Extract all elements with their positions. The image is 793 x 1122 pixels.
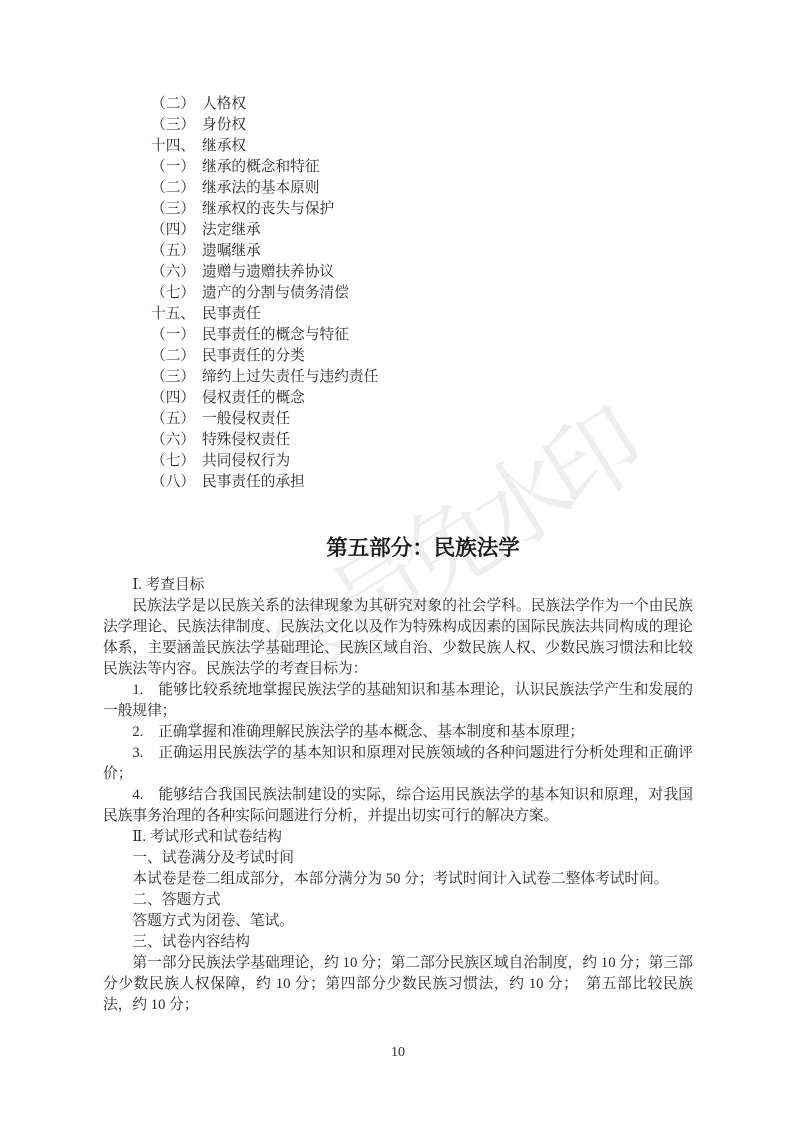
page-number: 10 bbox=[103, 1042, 693, 1063]
toc-item: （四）法定继承 bbox=[151, 220, 693, 241]
toc-item-label: 法定继承 bbox=[202, 220, 261, 241]
toc-item-marker: （三） bbox=[151, 115, 202, 136]
toc-item: （六）特殊侵权责任 bbox=[151, 430, 693, 451]
toc-item-marker: （三） bbox=[151, 199, 202, 220]
toc-item-marker: （五） bbox=[151, 241, 202, 262]
toc-item: （一）民事责任的概念与特征 bbox=[151, 325, 693, 346]
paragraph-para: 本试卷是卷二组成部分，本部分满分为 50 分；考试时间计入试卷二整体考试时间。 bbox=[103, 869, 693, 890]
page-content: （二）人格权（三）身份权十四、继承权（一）继承的概念和特征（二）继承法的基本原则… bbox=[103, 94, 693, 1063]
toc-item-label: 遗赠与遗赠扶养协议 bbox=[202, 262, 334, 283]
toc-item-label: 民事责任的分类 bbox=[202, 346, 305, 367]
section-title: 第五部分：民族法学 bbox=[103, 535, 693, 561]
toc-item: （七）共同侵权行为 bbox=[151, 451, 693, 472]
toc-item: （六）遗赠与遗赠扶养协议 bbox=[151, 262, 693, 283]
toc-item: （二）人格权 bbox=[151, 94, 693, 115]
document-page: 会员免水印 （二）人格权（三）身份权十四、继承权（一）继承的概念和特征（二）继承… bbox=[0, 0, 793, 1122]
toc-item-label: 缔约上过失责任与违约责任 bbox=[202, 367, 378, 388]
toc-item-label: 身份权 bbox=[202, 115, 246, 136]
toc-item-label: 继承权 bbox=[202, 136, 246, 157]
toc-item-marker: （六） bbox=[151, 262, 202, 283]
toc-item: （三）继承权的丧失与保护 bbox=[151, 199, 693, 220]
toc-item: （五）一般侵权责任 bbox=[151, 409, 693, 430]
paragraph-subhead: Ⅱ. 考试形式和试卷结构 bbox=[103, 827, 693, 848]
toc-item: （五）遗嘱继承 bbox=[151, 241, 693, 262]
toc-item-marker: （五） bbox=[151, 409, 202, 430]
toc-item-label: 民事责任 bbox=[202, 304, 261, 325]
toc-item-marker: 十五、 bbox=[151, 304, 202, 325]
paragraph-numbered: 2. 正确掌握和准确理解民族法学的基本概念、基本制度和基本原理； bbox=[103, 722, 693, 743]
toc-item: （二）民事责任的分类 bbox=[151, 346, 693, 367]
paragraph-numbered: 4. 能够结合我国民族法制建设的实际，综合运用民族法学的基本知识和原理，对我国民… bbox=[103, 785, 693, 827]
toc-item-marker: （二） bbox=[151, 94, 202, 115]
toc-item-marker: （八） bbox=[151, 472, 202, 493]
toc-item-marker: （七） bbox=[151, 283, 202, 304]
toc-item-label: 继承的概念和特征 bbox=[202, 157, 320, 178]
toc-item: （三）缔约上过失责任与违约责任 bbox=[151, 367, 693, 388]
toc-list: （二）人格权（三）身份权十四、继承权（一）继承的概念和特征（二）继承法的基本原则… bbox=[151, 94, 693, 493]
toc-item-label: 遗嘱继承 bbox=[202, 241, 261, 262]
toc-item: （七）遗产的分割与债务清偿 bbox=[151, 283, 693, 304]
toc-item-label: 民事责任的承担 bbox=[202, 472, 305, 493]
toc-item-label: 特殊侵权责任 bbox=[202, 430, 290, 451]
toc-item-marker: （七） bbox=[151, 451, 202, 472]
toc-item-label: 侵权责任的概念 bbox=[202, 388, 305, 409]
toc-item: （一）继承的概念和特征 bbox=[151, 157, 693, 178]
paragraph-item: 一、试卷满分及考试时间 bbox=[103, 848, 693, 869]
toc-item: 十五、民事责任 bbox=[151, 304, 693, 325]
toc-item-label: 继承法的基本原则 bbox=[202, 178, 320, 199]
paragraph-item: 二、答题方式 bbox=[103, 890, 693, 911]
toc-item-label: 民事责任的概念与特征 bbox=[202, 325, 349, 346]
toc-item-marker: （四） bbox=[151, 220, 202, 241]
toc-item-marker: （二） bbox=[151, 178, 202, 199]
toc-item-label: 一般侵权责任 bbox=[202, 409, 290, 430]
toc-item-marker: （三） bbox=[151, 367, 202, 388]
toc-item-marker: （六） bbox=[151, 430, 202, 451]
toc-item: （三）身份权 bbox=[151, 115, 693, 136]
toc-item-label: 遗产的分割与债务清偿 bbox=[202, 283, 349, 304]
toc-item-marker: 十四、 bbox=[151, 136, 202, 157]
paragraph-para: 第一部分民族法学基础理论，约 10 分；第二部分民族区域自治制度，约 10 分；… bbox=[103, 953, 693, 1016]
paragraph-numbered: 3. 正确运用民族法学的基本知识和原理对民族领域的各种问题进行分析处理和正确评价… bbox=[103, 743, 693, 785]
section-body: Ⅰ. 考查目标民族法学是以民族关系的法律现象为其研究对象的社会学科。民族法学作为… bbox=[103, 575, 693, 1016]
toc-item: （四）侵权责任的概念 bbox=[151, 388, 693, 409]
toc-item-marker: （一） bbox=[151, 325, 202, 346]
paragraph-numbered: 1. 能够比较系统地掌握民族法学的基础知识和基本理论，认识民族法学产生和发展的一… bbox=[103, 680, 693, 722]
paragraph-para: 答题方式为闭卷、笔试。 bbox=[103, 911, 693, 932]
toc-item-label: 共同侵权行为 bbox=[202, 451, 290, 472]
toc-item-marker: （四） bbox=[151, 388, 202, 409]
toc-item-marker: （一） bbox=[151, 157, 202, 178]
paragraph-subhead: Ⅰ. 考查目标 bbox=[103, 575, 693, 596]
toc-item-label: 人格权 bbox=[202, 94, 246, 115]
toc-item: （二）继承法的基本原则 bbox=[151, 178, 693, 199]
toc-item: （八）民事责任的承担 bbox=[151, 472, 693, 493]
toc-item-label: 继承权的丧失与保护 bbox=[202, 199, 334, 220]
paragraph-item: 三、试卷内容结构 bbox=[103, 932, 693, 953]
toc-item: 十四、继承权 bbox=[151, 136, 693, 157]
paragraph-para: 民族法学是以民族关系的法律现象为其研究对象的社会学科。民族法学作为一个由民族法学… bbox=[103, 596, 693, 680]
toc-item-marker: （二） bbox=[151, 346, 202, 367]
